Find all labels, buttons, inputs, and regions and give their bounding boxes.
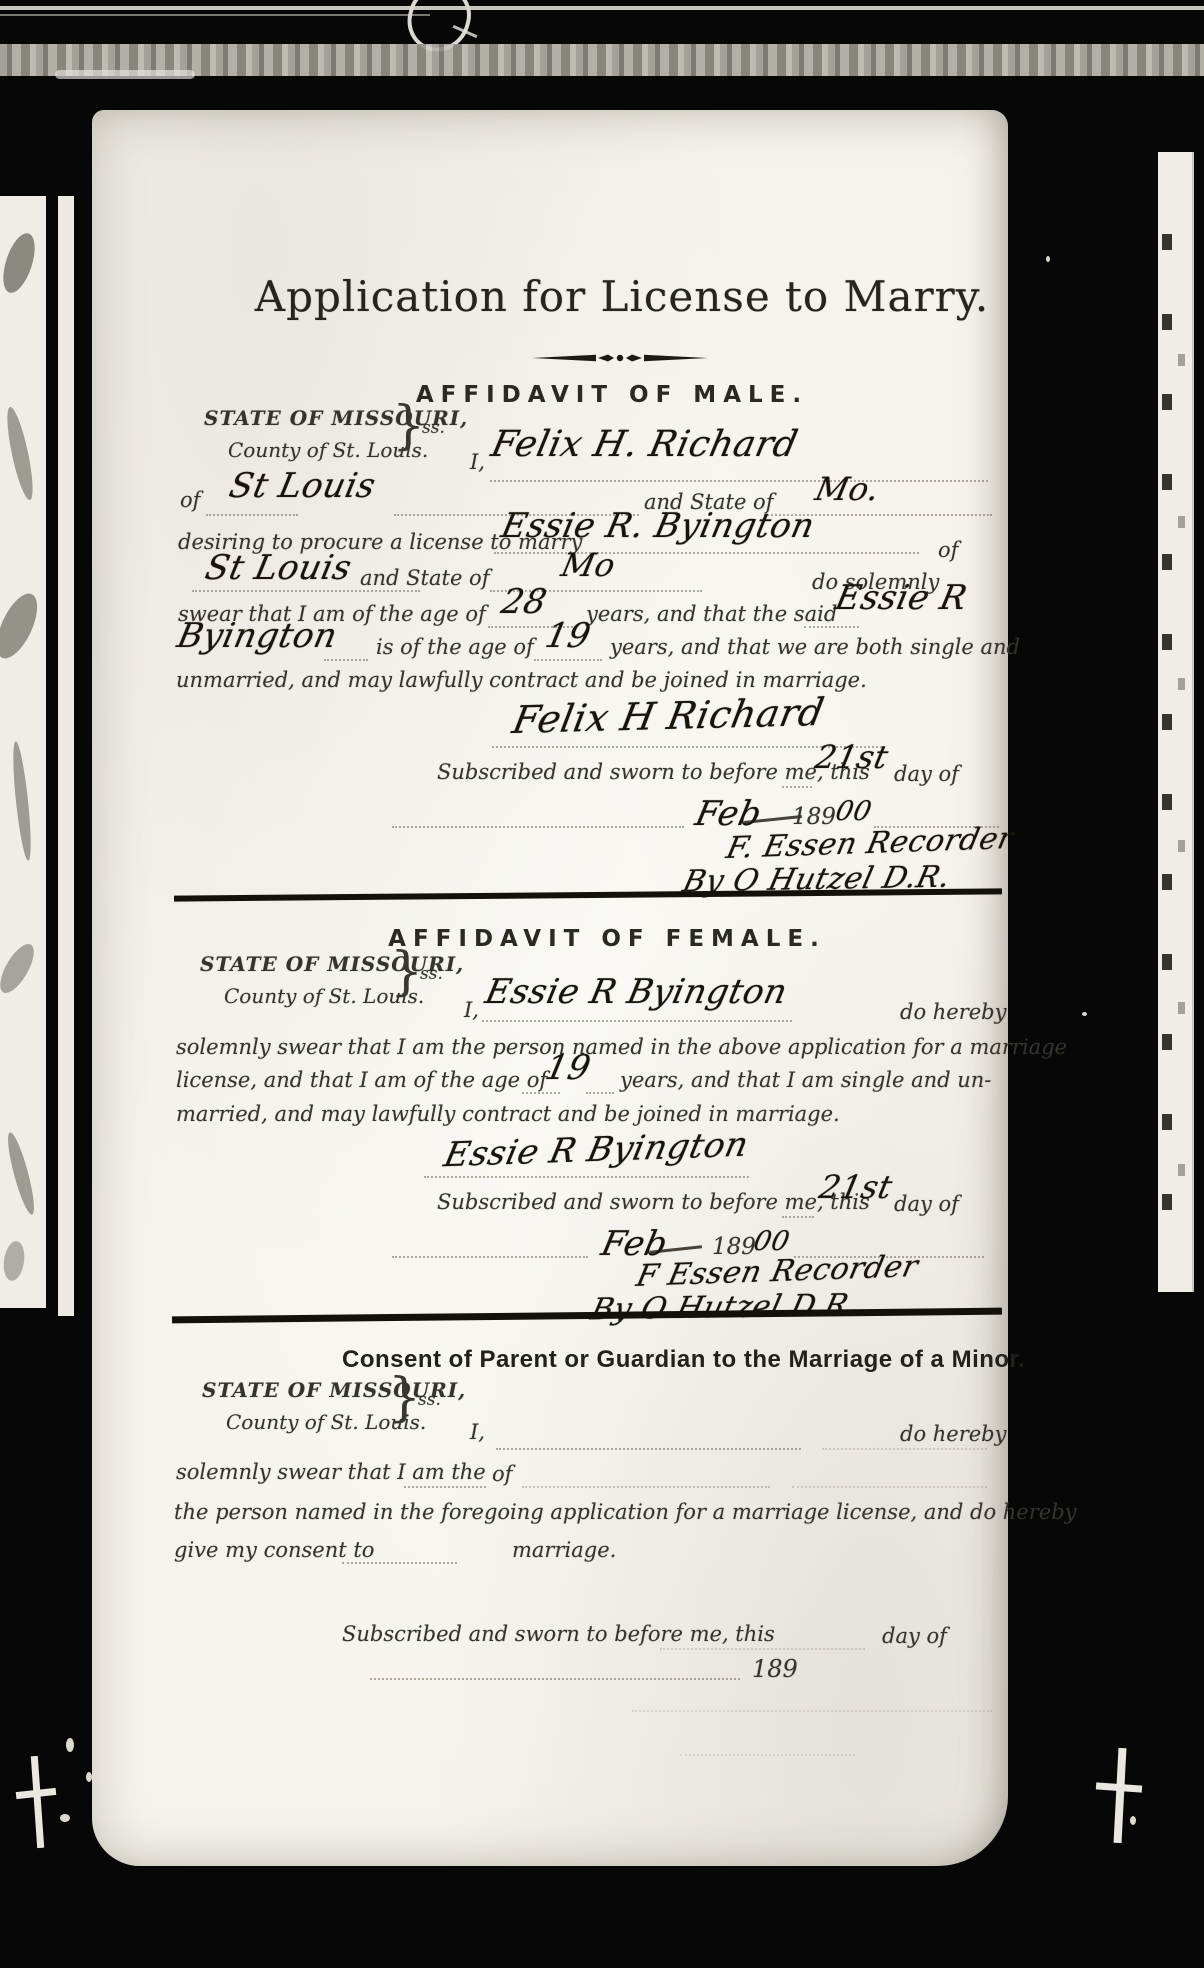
female-applicant-name-value: Essie R Byington	[482, 972, 791, 1012]
document-page: Application for License to Marry. AFFIDA…	[92, 110, 1008, 1866]
male-bride-first-value: Essie R	[832, 578, 971, 618]
female-swear-person-text: solemnly swear that I am the person name…	[176, 1035, 1067, 1059]
male-ss-label: ss.	[422, 418, 445, 438]
consent-day-of-label: day of	[882, 1624, 947, 1648]
female-signature: Essie R Byington	[440, 1125, 752, 1175]
section-divider	[174, 888, 1002, 901]
blank-line	[206, 514, 298, 516]
female-i-label: I,	[464, 998, 479, 1022]
blank-line	[782, 786, 812, 788]
consent-person-named-text: the person named in the foregoing applic…	[174, 1500, 1077, 1524]
male-month-value: Feb	[692, 794, 766, 834]
blank-line	[496, 1448, 801, 1450]
blank-line	[822, 1448, 987, 1450]
female-ss-brace: }	[390, 946, 423, 998]
film-blotch	[10, 741, 34, 862]
consent-do-hereby-label: do hereby	[900, 1422, 1007, 1446]
male-year-written: 00	[833, 796, 875, 827]
consent-subscribed-text: Subscribed and sworn to before me, this	[342, 1622, 775, 1646]
male-and-state-of2-label: and State of	[360, 566, 489, 590]
blank-line	[534, 659, 602, 661]
female-married-text: married, and may lawfully contract and b…	[176, 1102, 840, 1126]
male-recorder-signature: F. Essen Recorder	[723, 821, 1017, 866]
male-unmarried-text: unmarried, and may lawfully contract and…	[176, 668, 867, 692]
blank-line	[680, 1754, 855, 1756]
male-bride-last-value: Byington	[174, 616, 341, 656]
blank-line	[392, 1256, 588, 1258]
film-sprocket-strip	[1158, 152, 1194, 1292]
male-bride-age-value: 19	[542, 616, 595, 656]
female-deputy-signature: By O Hutzel D.R.	[587, 1288, 862, 1328]
signature-line	[424, 1176, 749, 1178]
male-years-said-text: years, and that the said	[586, 602, 837, 626]
male-applicant-name-value: Felix H. Richard	[488, 424, 802, 465]
film-blotch	[0, 588, 45, 664]
blank-line	[660, 1648, 865, 1650]
male-state-value: Mo.	[812, 470, 883, 508]
male-ss-brace: }	[392, 400, 425, 452]
consent-swear-text: solemnly swear that I am the	[176, 1460, 486, 1484]
male-years-both-text: years, and that we are both single and	[610, 635, 1020, 659]
male-of-label: of	[180, 488, 200, 512]
film-streak-top-2	[0, 14, 430, 16]
blank-line	[482, 1020, 792, 1022]
blank-line	[490, 480, 988, 482]
film-speck	[1046, 256, 1050, 262]
male-i-label: I,	[470, 450, 485, 474]
female-subscribed-text: Subscribed and sworn to before me, this	[437, 1190, 870, 1214]
blank-line	[792, 1486, 987, 1488]
female-day-of-label: day of	[894, 1192, 959, 1216]
film-speck	[1082, 1012, 1087, 1016]
male-day-value: 21st	[812, 738, 892, 776]
film-speck	[1130, 1816, 1136, 1825]
film-blotch	[3, 1131, 39, 1217]
film-scratch-t-right-bar	[1096, 1782, 1142, 1792]
film-blotch	[2, 405, 37, 501]
consent-section-heading: Consent of Parent or Guardian to the Mar…	[342, 1346, 992, 1374]
film-speck	[60, 1814, 70, 1822]
film-blotch	[1, 1240, 26, 1282]
female-section-heading: AFFIDAVIT OF FEMALE.	[257, 926, 957, 952]
arrow-divider-ornament	[532, 350, 708, 364]
film-edge-strip-left	[0, 196, 46, 1308]
male-section-heading: AFFIDAVIT OF MALE.	[262, 382, 962, 408]
blank-line	[782, 1216, 814, 1218]
male-is-age-text: is of the age of	[376, 635, 534, 659]
blank-line	[192, 590, 420, 592]
page-title: Application for License to Marry.	[242, 272, 1002, 321]
female-license-age-text: license, and that I am of the age of	[176, 1068, 547, 1092]
blank-line	[522, 1486, 770, 1488]
female-do-hereby-label: do hereby	[900, 1000, 1007, 1024]
consent-ss-brace: }	[388, 1372, 421, 1424]
male-age-value: 28	[498, 582, 551, 622]
male-day-of-label: day of	[894, 762, 959, 786]
male-signature: Felix H Richard	[509, 690, 828, 742]
consent-marriage-label: marriage.	[512, 1538, 616, 1562]
female-age-value: 19	[542, 1048, 595, 1088]
film-sprocket-dashes	[1162, 170, 1172, 1270]
blank-line	[494, 552, 919, 554]
film-scratch-t-right	[1114, 1748, 1127, 1843]
blank-line	[804, 626, 859, 628]
blank-line	[324, 659, 368, 661]
blank-line	[522, 1092, 560, 1094]
male-of2-label: of	[938, 538, 958, 562]
consent-ss-label: ss.	[418, 1390, 441, 1410]
male-bride-city-value: St Louis	[202, 548, 356, 588]
blank-line	[632, 1710, 992, 1712]
male-year-printed: 189	[792, 804, 836, 830]
consent-year-printed: 189	[752, 1655, 798, 1683]
blank-line	[370, 1678, 740, 1680]
blank-line	[404, 1486, 486, 1488]
male-bride-state-value: Mo	[558, 546, 619, 584]
film-sprocket-dashes-2	[1178, 204, 1185, 1264]
film-blotch	[0, 230, 41, 297]
film-speck	[66, 1738, 74, 1752]
female-years-single-text: years, and that I am single and un-	[620, 1068, 991, 1092]
film-scan: { "doc": { "title": "Application for Lic…	[0, 0, 1204, 1968]
blank-line	[392, 826, 684, 828]
film-scratch-t-left	[31, 1756, 44, 1848]
male-subscribed-text: Subscribed and sworn to before me, this	[437, 760, 870, 784]
female-day-value: 21st	[816, 1168, 896, 1206]
consent-of-label: of	[492, 1462, 512, 1486]
film-edge-strip-left-2	[58, 196, 74, 1316]
female-year-written: 00	[751, 1226, 793, 1257]
female-ss-label: ss.	[420, 964, 443, 984]
section-divider	[172, 1308, 1002, 1324]
film-blotch	[0, 939, 40, 998]
blank-line	[586, 1092, 614, 1094]
consent-give-consent-text: give my consent to	[174, 1538, 374, 1562]
blank-line	[342, 1562, 457, 1564]
male-city-value: St Louis	[226, 466, 380, 506]
female-recorder-signature: F Essen Recorder	[633, 1249, 921, 1294]
male-bride-name-value: Essie R. Byington	[498, 506, 819, 546]
consent-i-label: I,	[470, 1420, 485, 1444]
film-blob	[55, 70, 195, 79]
film-streak-top	[0, 6, 1204, 10]
